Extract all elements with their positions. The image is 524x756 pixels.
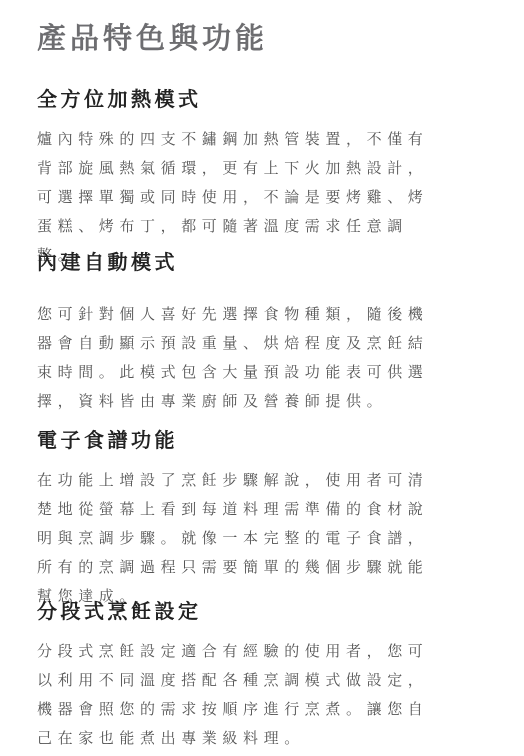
section-body: 分段式烹飪設定適合有經驗的使用者，您可以利用不同溫度搭配各種烹調模式做設定，機器… [37,637,432,753]
section-heading: 全方位加熱模式 [37,85,437,113]
section-all-round-heating: 全方位加熱模式 爐內特殊的四支不鏽鋼加熱管裝置，不僅有背部旋風熱氣循環，更有上下… [37,85,437,270]
section-body: 在功能上增設了烹飪步驟解說，使用者可清楚地從螢幕上看到每道料理需準備的食材說明與… [37,466,432,611]
section-auto-mode: 內建自動模式 您可針對個人喜好先選擇食物種類，隨後機器會自動顯示預設重量、烘焙程… [37,248,437,416]
section-heading: 分段式烹飪設定 [37,597,437,625]
page-title: 產品特色與功能 [37,18,268,58]
section-body: 您可針對個人喜好先選擇食物種類，隨後機器會自動顯示預設重量、烘焙程度及烹飪結束時… [37,300,432,416]
section-e-recipe: 電子食譜功能 在功能上增設了烹飪步驟解說，使用者可清楚地從螢幕上看到每道料理需準… [37,426,437,611]
section-staged-cooking: 分段式烹飪設定 分段式烹飪設定適合有經驗的使用者，您可以利用不同溫度搭配各種烹調… [37,597,437,753]
section-heading: 內建自動模式 [37,248,437,276]
section-heading: 電子食譜功能 [37,426,437,454]
